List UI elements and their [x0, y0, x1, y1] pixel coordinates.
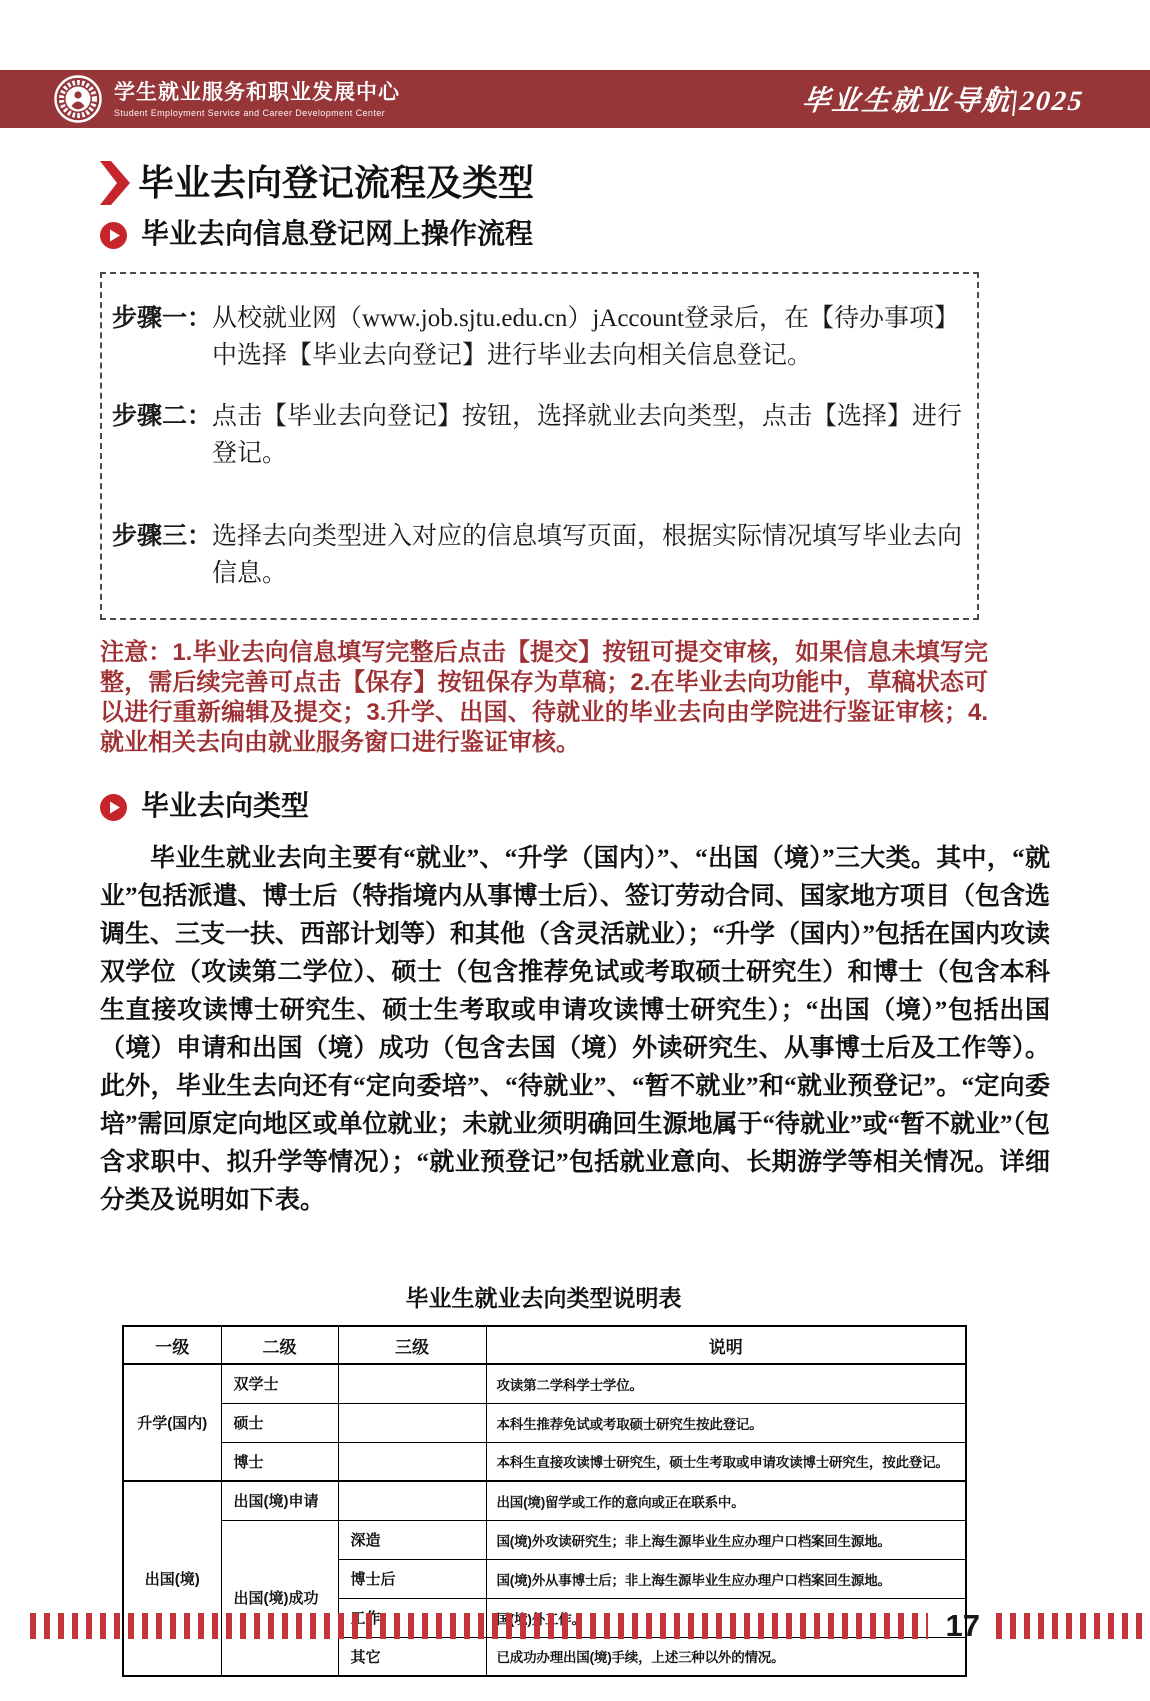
subtitle: 毕业去向信息登记网上操作流程: [141, 218, 533, 252]
table-row: 出国(境)成功深造国(境)外攻读研究生；非上海生源毕业生应办理户口档案回生源地。: [123, 1520, 966, 1559]
table-cell: 已成功办理出国(境)手续，上述三种以外的情况。: [486, 1637, 966, 1676]
step-label: 步骤三：: [112, 518, 212, 592]
step-label: 步骤一：: [112, 300, 212, 374]
table-cell: 博士后: [338, 1559, 486, 1598]
table-cell: 其它: [338, 1637, 486, 1676]
footer-bars-right: [996, 1613, 1146, 1639]
footer: 17: [30, 1612, 1146, 1640]
steps-list: 步骤一：从校就业网（www.job.sjtu.edu.cn）jAccount登录…: [112, 300, 963, 592]
table-header-row: 一级二级三级说明: [123, 1326, 966, 1364]
table-header-cell: 说明: [486, 1326, 966, 1364]
page-number: 17: [946, 1612, 980, 1640]
table-cell: 出国(境)申请: [221, 1481, 338, 1520]
table-title: 毕业生就业去向类型说明表: [122, 1280, 965, 1313]
table-cell: 国(境)外从事博士后；非上海生源毕业生应办理户口档案回生源地。: [486, 1559, 966, 1598]
table-cell: 攻读第二学科学士学位。: [486, 1364, 966, 1403]
table-cell: 双学士: [221, 1364, 338, 1403]
table-cell: [338, 1364, 486, 1403]
header-title-en: Student Employment Service and Career De…: [114, 108, 400, 118]
step-text: 选择去向类型进入对应的信息填写页面，根据实际情况填写毕业去向信息。: [212, 518, 963, 592]
step-text: 从校就业网（www.job.sjtu.edu.cn）jAccount登录后，在【…: [212, 300, 963, 374]
table-cell: [338, 1481, 486, 1520]
section2-heading-row: 毕业去向类型: [100, 790, 1050, 824]
step-row: 步骤一：从校就业网（www.job.sjtu.edu.cn）jAccount登录…: [112, 300, 963, 374]
step-text: 点击【毕业去向登记】按钮，选择就业去向类型，点击【选择】进行登记。: [212, 398, 963, 472]
section2-title: 毕业去向类型: [141, 790, 309, 824]
table-cell: 出国(境)成功: [221, 1520, 338, 1676]
table-cell: 本科生推荐免试或考取硕士研究生按此登记。: [486, 1403, 966, 1442]
page-title: 毕业去向登记流程及类型: [138, 160, 534, 206]
table-row: 硕士本科生推荐免试或考取硕士研究生按此登记。: [123, 1403, 966, 1442]
table-cell: 出国(境): [123, 1481, 221, 1676]
body-paragraph: 毕业生就业去向主要有“就业”、“升学（国内）”、“出国（境）”三大类。其中，“就…: [100, 840, 1050, 1220]
table-row: 升学(国内)双学士攻读第二学科学士学位。: [123, 1364, 966, 1403]
step-row: 步骤三：选择去向类型进入对应的信息填写页面，根据实际情况填写毕业去向信息。: [112, 518, 963, 592]
subtitle-row: 毕业去向信息登记网上操作流程: [100, 218, 1050, 252]
page-content: 毕业去向登记流程及类型 毕业去向信息登记网上操作流程 步骤一：从校就业网（www…: [0, 0, 1150, 1677]
table-cell: 深造: [338, 1520, 486, 1559]
steps-box: 步骤一：从校就业网（www.job.sjtu.edu.cn）jAccount登录…: [100, 272, 979, 620]
note-text: 注意：1.毕业去向信息填写完整后点击【提交】按钮可提交审核，如果信息未填写完整，…: [100, 638, 988, 758]
table-row: 博士本科生直接攻读博士研究生，硕士生考取或申请攻读博士研究生，按此登记。: [123, 1442, 966, 1481]
table-header-cell: 一级: [123, 1326, 221, 1364]
sjtu-seal-logo: [54, 75, 102, 123]
table-cell: [338, 1403, 486, 1442]
step-row: 步骤二：点击【毕业去向登记】按钮，选择就业去向类型，点击【选择】进行登记。: [112, 398, 963, 472]
table-row: 出国(境)出国(境)申请出国(境)留学或工作的意向或正在联系中。: [123, 1481, 966, 1520]
footer-bars-left: [30, 1613, 928, 1639]
table-cell: 硕士: [221, 1403, 338, 1442]
table-cell: 博士: [221, 1442, 338, 1481]
play-circle-icon: [100, 222, 127, 249]
section1-title-row: 毕业去向登记流程及类型: [100, 160, 1050, 206]
header-band: 学生就业服务和职业发展中心 Student Employment Service…: [0, 70, 1150, 128]
chevron-icon: [100, 161, 130, 205]
table-cell: 升学(国内): [123, 1364, 221, 1481]
table-cell: 出国(境)留学或工作的意向或正在联系中。: [486, 1481, 966, 1520]
table-cell: [338, 1442, 486, 1481]
header-titles: 学生就业服务和职业发展中心 Student Employment Service…: [114, 81, 400, 118]
header-edition-text: 毕业生就业导航|2025: [800, 79, 1086, 119]
table-header-cell: 二级: [221, 1326, 338, 1364]
play-circle-icon: [100, 794, 127, 821]
table-header-cell: 三级: [338, 1326, 486, 1364]
table-cell: 本科生直接攻读博士研究生，硕士生考取或申请攻读博士研究生，按此登记。: [486, 1442, 966, 1481]
header-title-cn: 学生就业服务和职业发展中心: [114, 81, 400, 105]
table-cell: 国(境)外攻读研究生；非上海生源毕业生应办理户口档案回生源地。: [486, 1520, 966, 1559]
step-label: 步骤二：: [112, 398, 212, 472]
page: { "header": { "title_cn": "学生就业服务和职业发展中心…: [0, 0, 1150, 1701]
